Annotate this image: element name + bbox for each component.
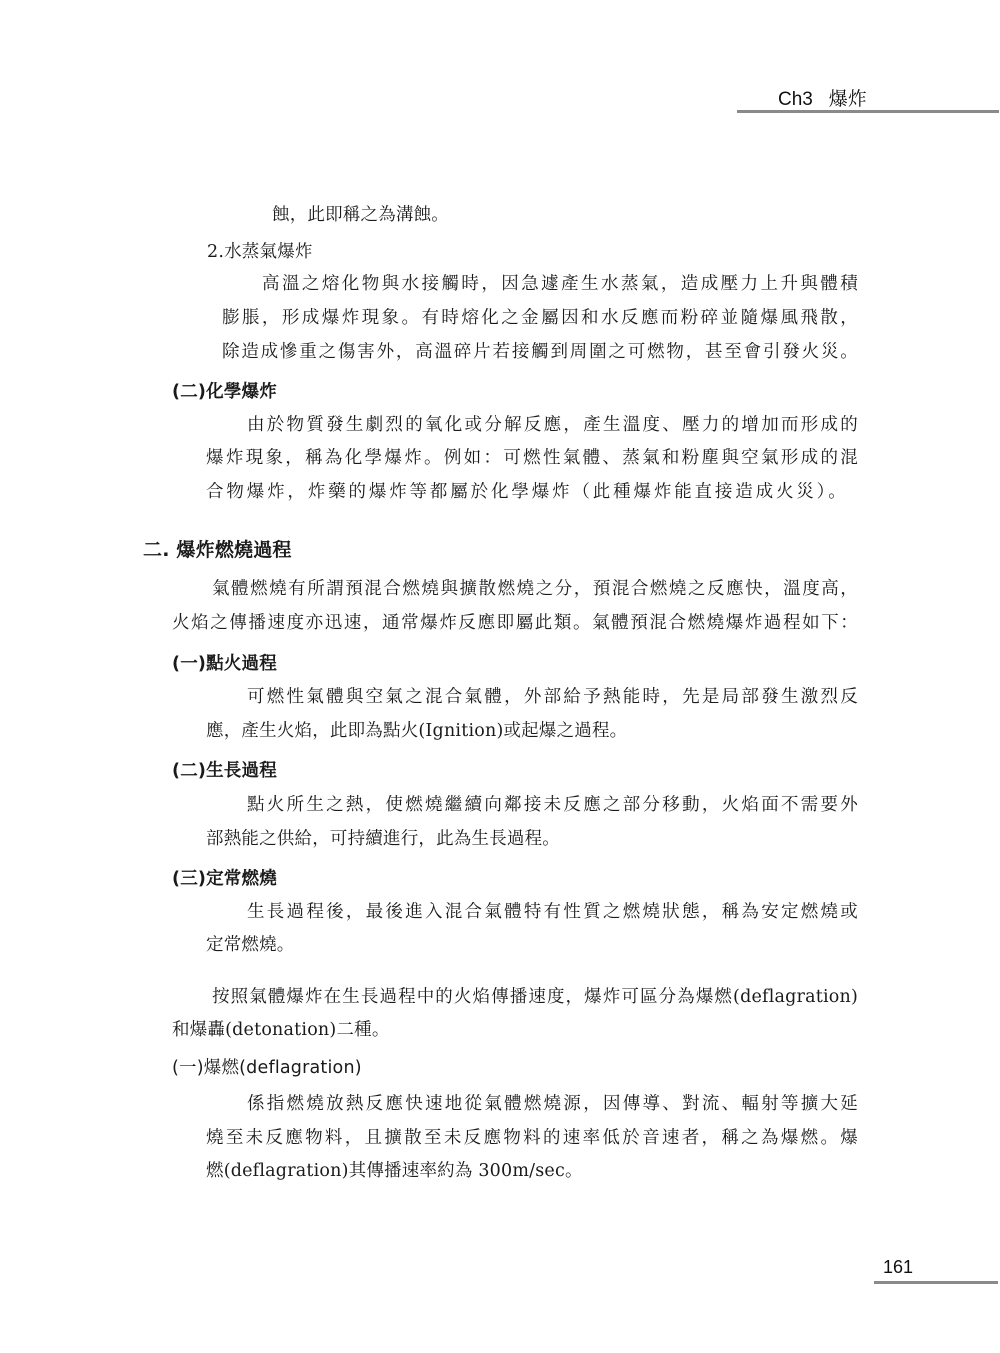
paragraph-line: 由於物質發生劇烈的氧化或分解反應，產生溫度、壓力的增加而形成的 bbox=[247, 413, 858, 437]
paragraph-line: 爆炸現象，稱為化學爆炸。例如：可燃性氣體、蒸氣和粉塵與空氣形成的混 bbox=[206, 446, 858, 470]
paragraph-line: 可燃性氣體與空氣之混合氣體，外部給予熱能時，先是局部發生激烈反 bbox=[247, 685, 858, 709]
paragraph-line: 生長過程後，最後進入混合氣體特有性質之燃燒狀態，稱為安定燃燒或 bbox=[247, 900, 858, 924]
paragraph-line: 定常燃燒。 bbox=[206, 933, 295, 957]
subsection-heading-deflagration: (一)爆燃(deflagration) bbox=[172, 1056, 362, 1080]
chapter-title: Ch3 爆炸 bbox=[778, 84, 867, 111]
paragraph-line: 燒至未反應物料，且擴散至未反應物料的速率低於音速者，稱之為爆燃。爆 bbox=[206, 1126, 858, 1150]
paragraph-line: 按照氣體爆炸在生長過程中的火焰傳播速度，爆炸可區分為爆燃(deflagratio… bbox=[212, 985, 858, 1009]
paragraph-line: 膨脹，形成爆炸現象。有時熔化之金屬因和水反應而粉碎並隨爆風飛散， bbox=[222, 306, 858, 330]
page-number: 161 bbox=[883, 1257, 913, 1278]
paragraph-line: 蝕，此即稱之為溝蝕。 bbox=[272, 203, 449, 227]
paragraph-line: 氣體燃燒有所謂預混合燃燒與擴散燃燒之分，預混合燃燒之反應快，溫度高， bbox=[212, 577, 858, 601]
subsection-heading-steady-combustion: (三)定常燃燒 bbox=[172, 867, 277, 891]
paragraph-line: 燃(deflagration)其傳播速率約為 300m/sec。 bbox=[206, 1159, 583, 1183]
header-rule bbox=[737, 110, 999, 113]
paragraph-line: 除造成慘重之傷害外，高溫碎片若接觸到周圍之可燃物，甚至會引發火災。 bbox=[222, 340, 858, 364]
paragraph-line: 火焰之傳播速度亦迅速，通常爆炸反應即屬此類。氣體預混合燃燒爆炸過程如下： bbox=[172, 611, 858, 635]
paragraph-line: 高溫之熔化物與水接觸時，因急遽產生水蒸氣，造成壓力上升與體積 bbox=[262, 272, 858, 296]
paragraph-line: 和爆轟(detonation)二種。 bbox=[172, 1018, 390, 1042]
subsection-heading-ignition: (一)點火過程 bbox=[172, 652, 277, 676]
paragraph-line: 係指燃燒放熱反應快速地從氣體燃燒源，因傳導、對流、輻射等擴大延 bbox=[247, 1092, 858, 1116]
section-heading-chemical-explosion: (二)化學爆炸 bbox=[172, 380, 277, 404]
item-heading-steam-explosion: 2.水蒸氣爆炸 bbox=[207, 240, 313, 264]
paragraph-line: 部熱能之供給，可持續進行，此為生長過程。 bbox=[206, 827, 560, 851]
paragraph-line: 合物爆炸，炸藥的爆炸等都屬於化學爆炸（此種爆炸能直接造成火災）。 bbox=[206, 480, 846, 504]
footer-rule bbox=[874, 1281, 998, 1284]
subsection-heading-growth: (二)生長過程 bbox=[172, 759, 277, 783]
paragraph-line: 應，產生火焰，此即為點火(Ignition)或起爆之過程。 bbox=[206, 719, 627, 743]
section-heading-combustion-process: 二. 爆炸燃燒過程 bbox=[143, 538, 292, 562]
paragraph-line: 點火所生之熱，使燃燒繼續向鄰接未反應之部分移動，火焰面不需要外 bbox=[247, 793, 858, 817]
